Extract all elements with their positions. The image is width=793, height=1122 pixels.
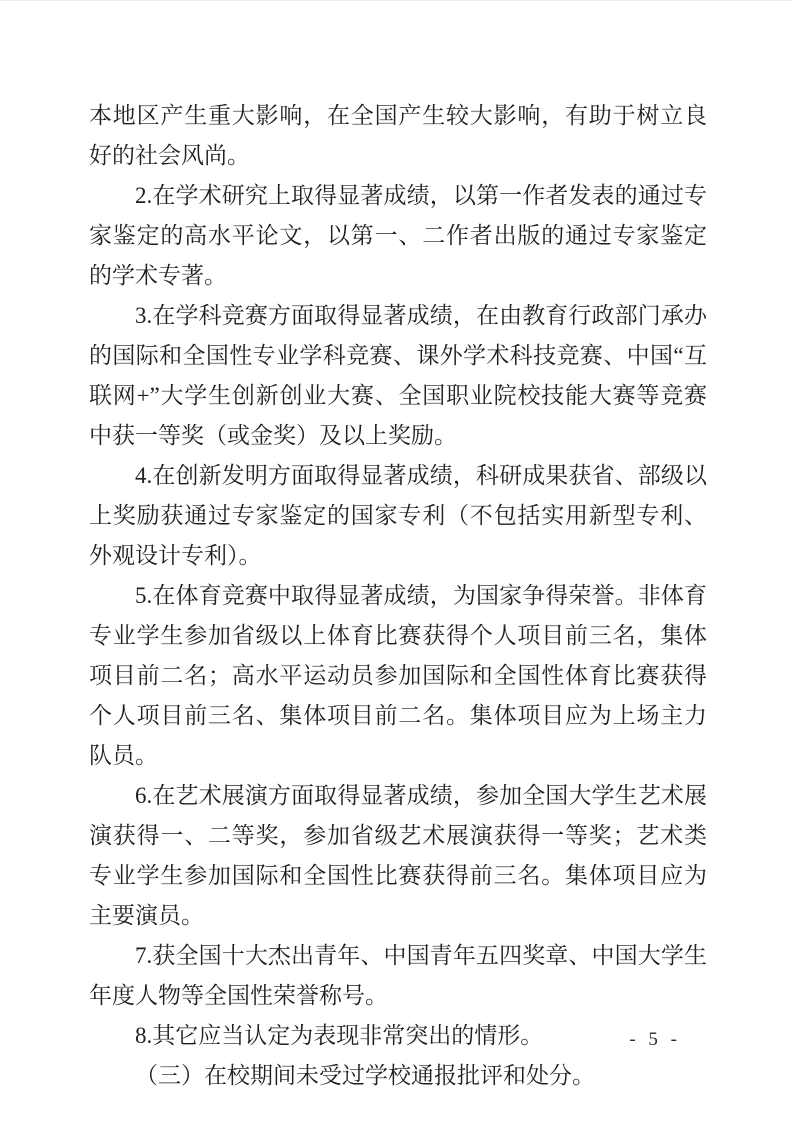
scan-top-edge [0, 0, 793, 1]
paragraph: 本地区产生重大影响，在全国产生较大影响，有助于树立良好的社会风尚。 [89, 96, 707, 176]
page-number: - 5 - [629, 1028, 681, 1052]
paragraph: 8.其它应当认定为表现非常突出的情形。 [89, 1016, 707, 1056]
paragraph: 3.在学科竞赛方面取得显著成绩，在由教育行政部门承办的国际和全国性专业学科竞赛、… [89, 296, 707, 456]
paragraph: （三）在校期间未受过学校通报批评和处分。 [89, 1056, 707, 1096]
paragraph: 6.在艺术展演方面取得显著成绩，参加全国大学生艺术展演获得一、二等奖，参加省级艺… [89, 776, 707, 936]
paragraph: 2.在学术研究上取得显著成绩，以第一作者发表的通过专家鉴定的高水平论文，以第一、… [89, 176, 707, 296]
paragraph: 4.在创新发明方面取得显著成绩，科研成果获省、部级以上奖励获通过专家鉴定的国家专… [89, 456, 707, 576]
document-body: 本地区产生重大影响，在全国产生较大影响，有助于树立良好的社会风尚。2.在学术研究… [89, 96, 707, 1096]
paragraph: 7.获全国十大杰出青年、中国青年五四奖章、中国大学生年度人物等全国性荣誉称号。 [89, 936, 707, 1016]
paragraph: 5.在体育竞赛中取得显著成绩，为国家争得荣誉。非体育专业学生参加省级以上体育比赛… [89, 576, 707, 776]
document-page: { "page": { "number_label": "- 5 -", "co… [0, 0, 793, 1122]
